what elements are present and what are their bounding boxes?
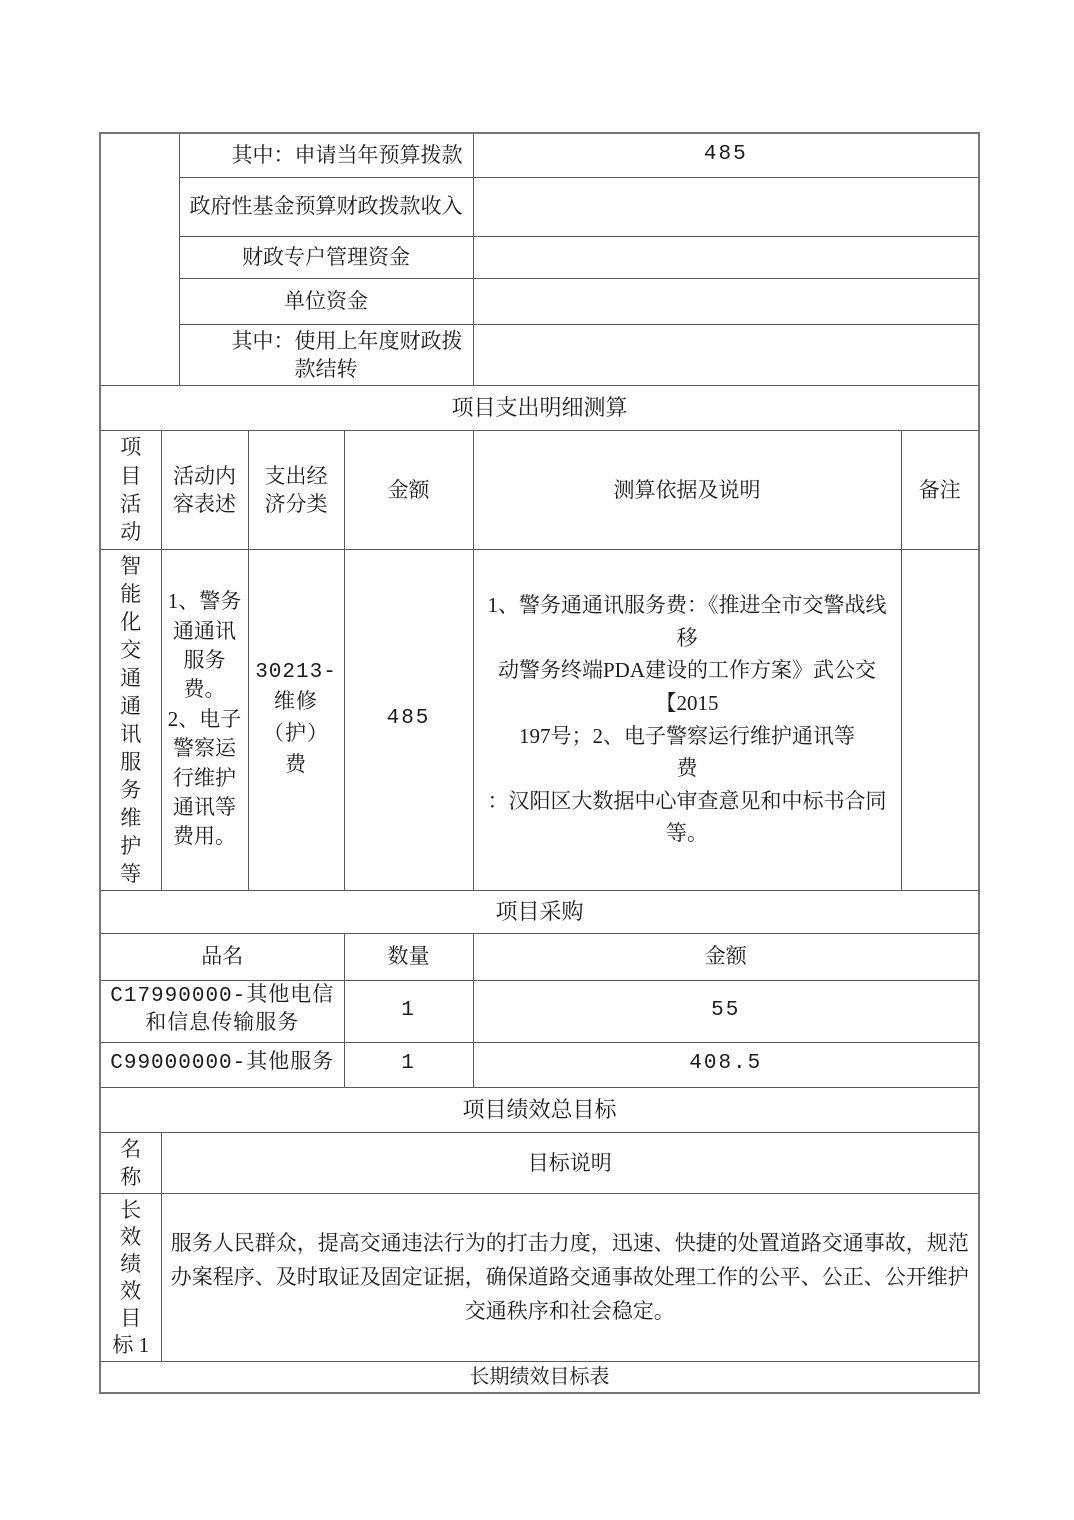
- income-row-label: 单位资金: [179, 278, 473, 324]
- table-row: 财政专户管理资金: [100, 236, 979, 278]
- table-row: 项目采购: [100, 890, 979, 933]
- table-row: 名 称 目标说明: [100, 1132, 979, 1194]
- purchase-name-cell: C99000000-其他服务: [100, 1042, 344, 1087]
- detail-activity-cell: 智 能 化 交 通 通 讯 服 务 维 护 等: [100, 549, 161, 890]
- purchase-section-title: 项目采购: [100, 890, 979, 933]
- table-row: 政府性基金预算财政拨款收入: [100, 177, 979, 236]
- table-row: 智 能 化 交 通 通 讯 服 务 维 护 等 1、警务 通通讯 服务费。 2、…: [100, 549, 979, 890]
- detail-section-title: 项目支出明细测算: [100, 386, 979, 431]
- detail-header-amount: 金额: [344, 431, 473, 549]
- detail-header-activity: 项 目 活 动: [100, 431, 161, 549]
- income-row-value: 485: [473, 133, 979, 177]
- purchase-name-cell: C17990000-其他电信和信息传输服务: [100, 980, 344, 1042]
- detail-amount-cell: 485: [344, 549, 473, 890]
- table-row: 其中：申请当年预算拨款 485: [100, 133, 979, 177]
- goal-section-title: 项目绩效总目标: [100, 1087, 979, 1132]
- detail-header-category: 支出经 济分类: [248, 431, 344, 549]
- purchase-header-qty: 数量: [344, 933, 473, 980]
- purchase-header-name: 品名: [100, 933, 344, 980]
- table-row: C17990000-其他电信和信息传输服务 1 55: [100, 980, 979, 1042]
- goal-desc-cell: 服务人民群众，提高交通违法行为的打击力度，迅速、快捷的处置道路交通事故，规范办案…: [161, 1194, 979, 1362]
- purchase-qty-cell: 1: [344, 1042, 473, 1087]
- income-row-label: 政府性基金预算财政拨款收入: [179, 177, 473, 236]
- document-page: 其中：申请当年预算拨款 485 政府性基金预算财政拨款收入 财政专户管理资金 单…: [0, 0, 1074, 1520]
- income-gutter-cell: [100, 133, 179, 386]
- detail-header-basis: 测算依据及说明: [473, 431, 901, 549]
- goal-name-cell: 长 效 绩 效 目 标 1: [100, 1194, 161, 1362]
- detail-basis-cell: 1、警务通通讯服务费：《推进全市交警战线移 动警务终端PDA建设的工作方案》武公…: [473, 549, 901, 890]
- income-row-value: [473, 278, 979, 324]
- table-row: C99000000-其他服务 1 408.5: [100, 1042, 979, 1087]
- detail-category-cell: 30213- 维修（护） 费: [248, 549, 344, 890]
- income-row-label: 其中：使用上年度财政拨款结转: [179, 324, 473, 386]
- income-row-label: 其中：申请当年预算拨款: [179, 133, 473, 177]
- table-row: 项目绩效总目标: [100, 1087, 979, 1132]
- detail-header-content: 活动内 容表述: [161, 431, 248, 549]
- footer-band-title: 长期绩效目标表: [100, 1362, 979, 1394]
- detail-note-cell: [901, 549, 979, 890]
- detail-content-cell: 1、警务 通通讯 服务费。 2、电子 警察运 行维护 通讯等 费用。: [161, 549, 248, 890]
- table-row: 项 目 活 动 活动内 容表述 支出经 济分类 金额 测算依据及说明 备注: [100, 431, 979, 549]
- budget-table: 其中：申请当年预算拨款 485 政府性基金预算财政拨款收入 财政专户管理资金 单…: [99, 132, 980, 1394]
- income-row-label: 财政专户管理资金: [179, 236, 473, 278]
- table-row: 长期绩效目标表: [100, 1362, 979, 1394]
- goal-desc-header: 目标说明: [161, 1132, 979, 1194]
- goal-name-header: 名 称: [100, 1132, 161, 1194]
- table-row: 品名 数量 金额: [100, 933, 979, 980]
- purchase-amount-cell: 408.5: [473, 1042, 979, 1087]
- purchase-amount-cell: 55: [473, 980, 979, 1042]
- purchase-qty-cell: 1: [344, 980, 473, 1042]
- detail-header-note: 备注: [901, 431, 979, 549]
- table-row: 其中：使用上年度财政拨款结转: [100, 324, 979, 386]
- table-row: 单位资金: [100, 278, 979, 324]
- purchase-header-amount: 金额: [473, 933, 979, 980]
- table-row: 长 效 绩 效 目 标 1 服务人民群众，提高交通违法行为的打击力度，迅速、快捷…: [100, 1194, 979, 1362]
- table-row: 项目支出明细测算: [100, 386, 979, 431]
- income-row-value: [473, 177, 979, 236]
- income-row-value: [473, 236, 979, 278]
- income-row-value: [473, 324, 979, 386]
